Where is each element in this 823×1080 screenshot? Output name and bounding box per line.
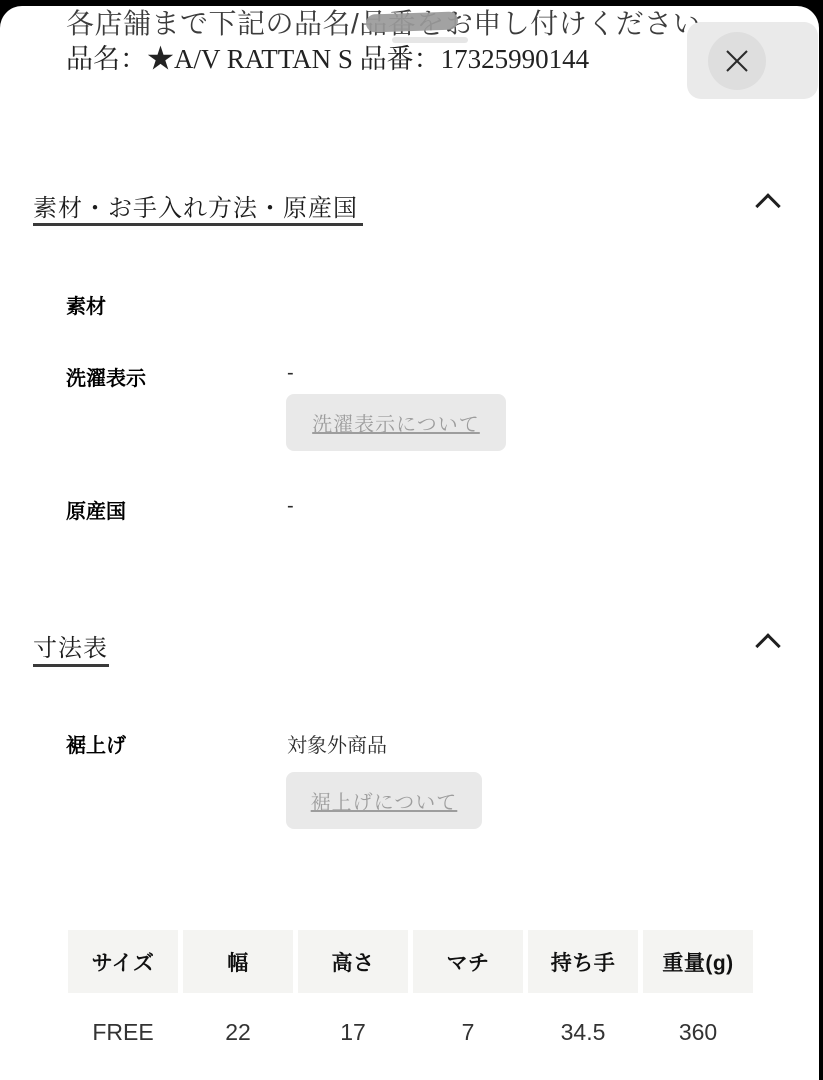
material-title-underline [33, 223, 363, 226]
size-table-cell-gusset: 7 [413, 1012, 523, 1052]
care-symbols-row-value: - [287, 362, 294, 385]
size-table-header-weight: 重量(g) [643, 930, 753, 993]
country-of-origin-row-value: - [287, 495, 294, 518]
size-table-cell-height: 17 [298, 1012, 408, 1052]
material-section-collapse-button[interactable] [748, 188, 788, 218]
hemming-row-label: 裾上げ [66, 729, 126, 758]
close-button[interactable] [687, 22, 818, 99]
care-symbols-row-label: 洗濯表示 [66, 362, 146, 391]
section-title-material[interactable]: 素材・お手入れ方法・原産国 [33, 188, 358, 223]
size-table-header-row: サイズ 幅 高さ マチ 持ち手 重量(g) [68, 930, 753, 993]
size-table-data-row: FREE 22 17 7 34.5 360 [68, 1012, 753, 1052]
size-table-header-size: サイズ [68, 930, 178, 993]
chevron-up-icon [755, 633, 780, 658]
hemming-row-value: 対象外商品 [287, 729, 387, 758]
chevron-up-icon [755, 193, 780, 218]
about-care-symbols-button[interactable]: 洗濯表示について [286, 394, 506, 451]
size-chart-section-collapse-button[interactable] [748, 628, 788, 658]
size-table-cell-width: 22 [183, 1012, 293, 1052]
close-button-circle [708, 32, 766, 90]
screen: 各店舗まで下記の品名/品番をお申し付けください。 品名：★A/V RATTAN … [0, 0, 823, 1080]
redaction-scribble [366, 11, 459, 32]
size-table-header-handle: 持ち手 [528, 930, 638, 993]
about-hemming-button[interactable]: 裾上げについて [286, 772, 482, 829]
size-table-header-height: 高さ [298, 930, 408, 993]
material-row-label: 素材 [66, 290, 106, 319]
country-of-origin-row-label: 原産国 [66, 495, 126, 524]
product-info-modal [0, 6, 819, 1080]
size-table-cell-weight: 360 [643, 1012, 753, 1052]
size-table-header-width: 幅 [183, 930, 293, 993]
size-table-header-gusset: マチ [413, 930, 523, 993]
size-chart-title-underline [33, 664, 109, 667]
size-table-cell-handle: 34.5 [528, 1012, 638, 1052]
product-name-number-text: 品名：★A/V RATTAN S 品番：17325990144 [66, 42, 706, 76]
size-table-cell-size: FREE [68, 1012, 178, 1052]
section-title-size-chart[interactable]: 寸法表 [33, 628, 108, 663]
close-icon [721, 45, 753, 77]
